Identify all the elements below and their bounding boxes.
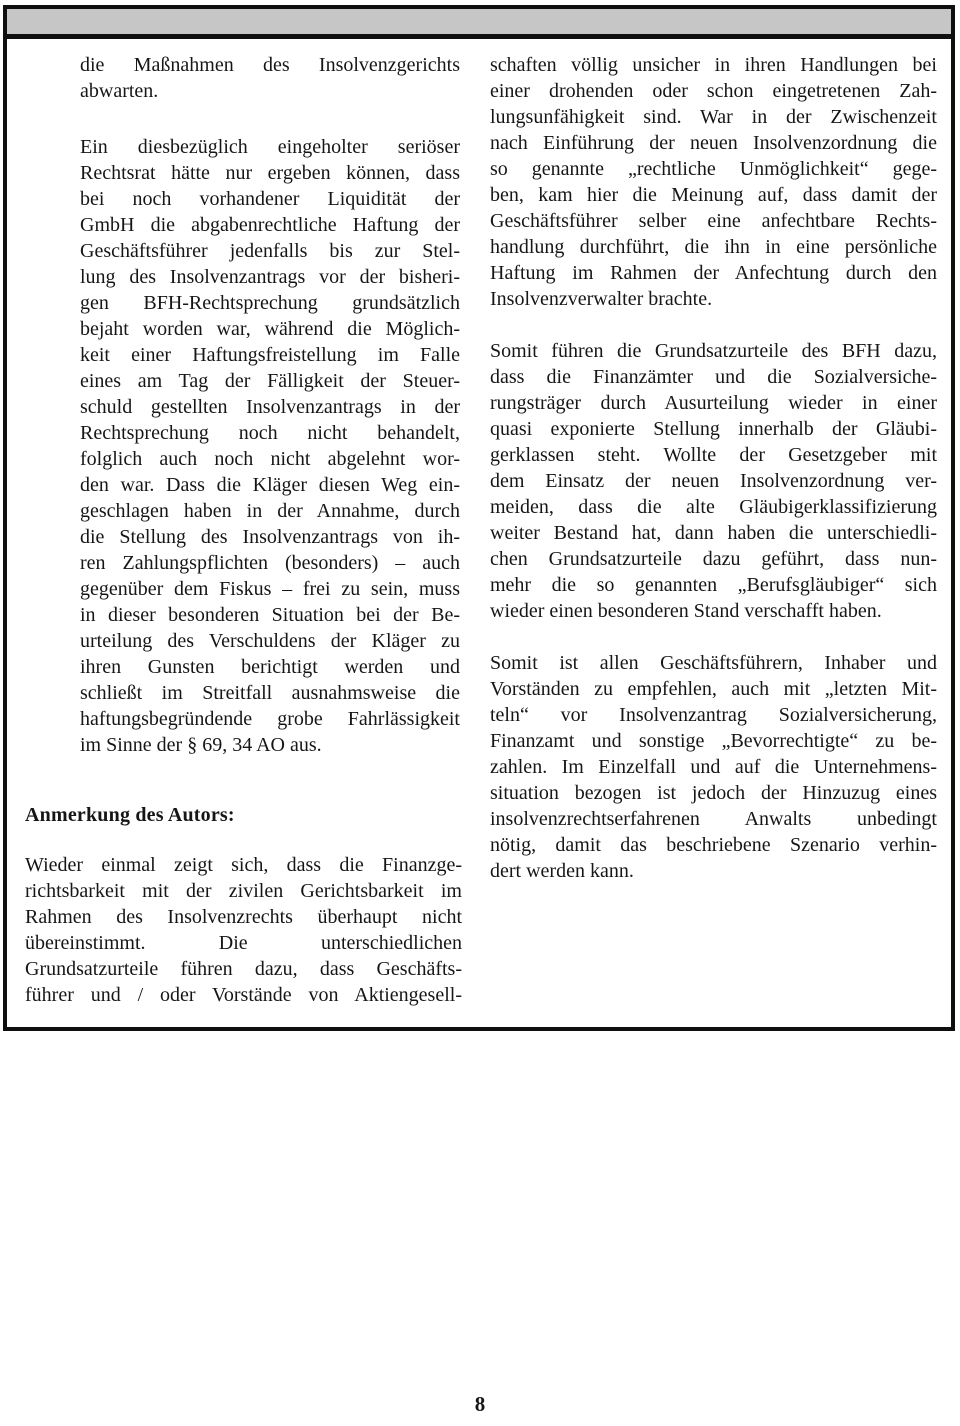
text-line: gegenüber dem Fiskus – frei zu sein, mus… — [80, 576, 460, 602]
text-line: Rechtsprechung noch nicht behandelt, — [80, 420, 460, 446]
paragraph-author-note: Wieder einmal zeigt sich, dass die Finan… — [25, 852, 462, 1008]
text-line: gerklassen steht. Wollte der Gesetzgeber… — [490, 442, 937, 468]
text-line: mehr die so genannten „Berufsgläubiger“ … — [490, 572, 937, 598]
text-line: meiden, dass die alte Gläubigerklassifiz… — [490, 494, 937, 520]
text-line: gen BFH-Rechtsprechung grundsätzlich — [80, 290, 460, 316]
text-line: in dieser besonderen Situation bei der B… — [80, 602, 460, 628]
scanned-document-page: die Maßnahmen des Insolvenzgerichtsabwar… — [0, 0, 960, 1426]
text-line: Ein diesbezüglich eingeholter seriöser — [80, 134, 460, 160]
text-line: quasi exponierte Stellung innerhalb der … — [490, 416, 937, 442]
text-line: den war. Dass die Kläger diesen Weg ein- — [80, 472, 460, 498]
text-line: dert werden kann. — [490, 858, 937, 884]
text-line: situation bezogen ist jedoch der Hinzuzu… — [490, 780, 937, 806]
text-line: schaften völlig unsicher in ihren Handlu… — [490, 52, 937, 78]
paragraph-quote-1: die Maßnahmen des Insolvenzgerichtsabwar… — [80, 52, 460, 104]
text-line: Somit führen die Grundsatzurteile des BF… — [490, 338, 937, 364]
text-line: GmbH die abgabenrechtliche Haftung der — [80, 212, 460, 238]
header-bar — [7, 9, 951, 39]
text-line: lung des Insolvenzantrags vor der bisher… — [80, 264, 460, 290]
text-line: nötig, damit das beschriebene Szenario v… — [490, 832, 937, 858]
text-line: Rahmen des Insolvenzrechts überhaupt nic… — [25, 904, 462, 930]
text-line: richtsbarkeit mit der zivilen Gerichtsba… — [25, 878, 462, 904]
text-line: eines am Tag der Fälligkeit der Steuer- — [80, 368, 460, 394]
text-line: handlung durchführt, die ihn in eine per… — [490, 234, 937, 260]
text-line: Insolvenzverwalter brachte. — [490, 286, 937, 312]
text-line: teln“ vor Insolvenzantrag Sozialversiche… — [490, 702, 937, 728]
text-line: im Sinne der § 69, 34 AO aus. — [80, 732, 460, 758]
text-line: dass die Finanzämter und die Sozialversi… — [490, 364, 937, 390]
paragraph-right-3: Somit ist allen Geschäftsführern, Inhabe… — [490, 650, 937, 884]
text-line: lungsunfähigkeit sind. War in der Zwisch… — [490, 104, 937, 130]
paragraph-right-1: schaften völlig unsicher in ihren Handlu… — [490, 52, 937, 312]
text-line: urteilung des Verschuldens der Kläger zu — [80, 628, 460, 654]
text-line: Geschäftsführer selber eine anfechtbare … — [490, 208, 937, 234]
text-line: Wieder einmal zeigt sich, dass die Finan… — [25, 852, 462, 878]
text-line: haftungsbegründende grobe Fahrlässigkeit — [80, 706, 460, 732]
text-line: Geschäftsführer jedenfalls bis zur Stel- — [80, 238, 460, 264]
text-line: rungsträger durch Ausurteilung wieder in… — [490, 390, 937, 416]
text-line: geschlagen haben in der Annahme, durch — [80, 498, 460, 524]
page-number: 8 — [0, 1392, 960, 1417]
text-line: wieder einen besonderen Stand verschafft… — [490, 598, 937, 624]
text-line: Finanzamt und sonstige „Bevorrechtigte“ … — [490, 728, 937, 754]
text-line: insolvenzrechtserfahrenen Anwalts unbedi… — [490, 806, 937, 832]
text-line: weiter Bestand hat, dann haben die unter… — [490, 520, 937, 546]
text-line: ren Zahlungspflichten (besonders) – auch — [80, 550, 460, 576]
text-line: Grundsatzurteile führen dazu, dass Gesch… — [25, 956, 462, 982]
text-line: nach Einführung der neuen Insolvenzordnu… — [490, 130, 937, 156]
text-line: chen Grundsatzurteile dazu geführt, dass… — [490, 546, 937, 572]
text-line: bei noch vorhandener Liquidität der — [80, 186, 460, 212]
text-line: ihren Gunsten berichtigt werden und — [80, 654, 460, 680]
text-line: dem Einsatz der neuen Insolvenzordnung v… — [490, 468, 937, 494]
text-line: führer und / oder Vorstände von Aktienge… — [25, 982, 462, 1008]
text-line: ben, kam hier die Meinung auf, dass dami… — [490, 182, 937, 208]
text-line: schuld gestellten Insolvenzantrags in de… — [80, 394, 460, 420]
paragraph-right-2: Somit führen die Grundsatzurteile des BF… — [490, 338, 937, 624]
text-line: so genannte „rechtliche Unmöglichkeit“ g… — [490, 156, 937, 182]
text-line: Vorständen zu empfehlen, auch mit „letzt… — [490, 676, 937, 702]
text-line: schließt im Streitfall ausnahmsweise die — [80, 680, 460, 706]
author-note-heading: Anmerkung des Autors: — [25, 802, 460, 828]
text-line: abwarten. — [80, 78, 460, 104]
text-line: folglich auch noch nicht abgelehnt wor- — [80, 446, 460, 472]
text-line: einer drohenden oder schon eingetretenen… — [490, 78, 937, 104]
paragraph-quote-2: Ein diesbezüglich eingeholter seriöserRe… — [80, 134, 460, 758]
text-line: bejaht worden war, während die Möglich- — [80, 316, 460, 342]
text-line: die Maßnahmen des Insolvenzgerichts — [80, 52, 460, 78]
text-line: Haftung im Rahmen der Anfechtung durch d… — [490, 260, 937, 286]
text-line: keit einer Haftungsfreistellung im Falle — [80, 342, 460, 368]
text-line: zahlen. Im Einzelfall und auf die Untern… — [490, 754, 937, 780]
text-line: die Stellung des Insolvenzantrags von ih… — [80, 524, 460, 550]
text-line: übereinstimmt. Die unterschiedlichen — [25, 930, 462, 956]
text-line: Rechtsrat hätte nur ergeben können, dass — [80, 160, 460, 186]
text-line: Somit ist allen Geschäftsführern, Inhabe… — [490, 650, 937, 676]
